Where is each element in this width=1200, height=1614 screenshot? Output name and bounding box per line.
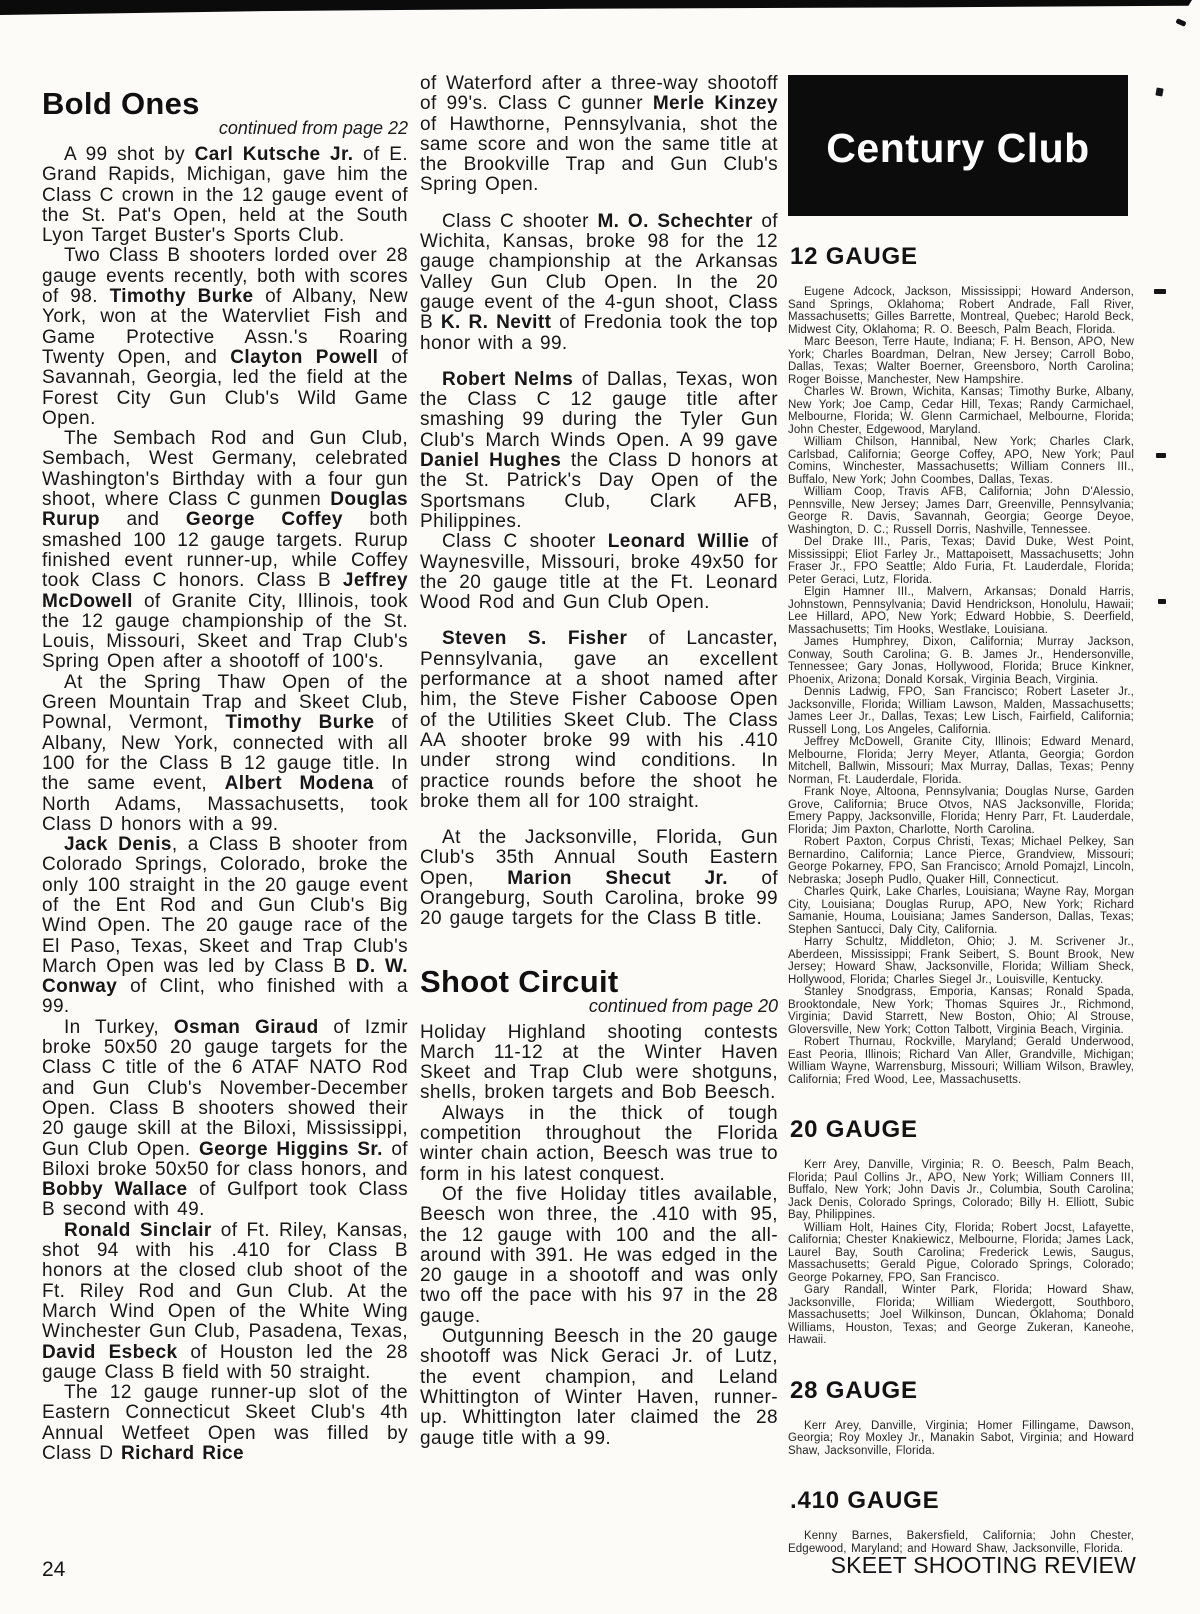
paragraph: The Sembach Rod and Gun Club, Sembach, W… bbox=[42, 429, 408, 673]
paragraph: Jeffrey McDowell, Granite City, Illinois… bbox=[788, 736, 1134, 786]
century-club-banner-title: Century Club bbox=[826, 119, 1089, 172]
paragraph: Harry Schultz, Middleton, Ohio; J. M. Sc… bbox=[788, 936, 1134, 986]
middle-column: of Waterford after a three-way shootoff … bbox=[420, 74, 778, 1449]
paragraph: Kerr Arey, Danville, Virginia; R. O. Bee… bbox=[788, 1159, 1134, 1222]
paragraph: Kerr Arey, Danville, Virginia; Homer Fil… bbox=[788, 1420, 1134, 1458]
journal-title: SKEET SHOOTING REVIEW bbox=[598, 1552, 1136, 1579]
century-club-banner: Century Club bbox=[788, 75, 1128, 216]
paragraph: Robert Thurnau, Rockville, Maryland; Ger… bbox=[788, 1036, 1134, 1086]
paragraph: Robert Nelms of Dallas, Texas, won the C… bbox=[420, 370, 778, 532]
paragraph: Ronald Sinclair of Ft. Riley, Kansas, sh… bbox=[42, 1221, 408, 1383]
paragraph: Class C shooter M. O. Schechter of Wichi… bbox=[420, 212, 778, 354]
gauge-section-heading: 20 GAUGE bbox=[790, 1116, 1134, 1144]
scan-artifact-top-bar bbox=[0, 0, 1192, 15]
paragraph: Robert Paxton, Corpus Christi, Texas; Mi… bbox=[788, 836, 1134, 886]
gauge-section-heading: .410 GAUGE bbox=[790, 1487, 1134, 1515]
paragraph: At the Jacksonville, Florida, Gun Club's… bbox=[420, 828, 778, 929]
scan-artifact-mark bbox=[1158, 599, 1166, 604]
paragraph: The 12 gauge runner-up slot of the Easte… bbox=[42, 1383, 408, 1464]
page-number: 24 bbox=[42, 1558, 65, 1582]
paragraph: Outgunning Beesch in the 20 gauge shooto… bbox=[420, 1327, 778, 1449]
paragraph: Two Class B shooters lorded over 28 gaug… bbox=[42, 246, 408, 429]
shoot-circuit-title: Shoot Circuit bbox=[420, 964, 778, 1000]
scan-artifact-mark bbox=[1154, 289, 1166, 294]
paragraph: of Waterford after a three-way shootoff … bbox=[420, 74, 778, 196]
paragraph: At the Spring Thaw Open of the Green Mou… bbox=[42, 673, 408, 835]
paragraph: Charles W. Brown, Wichita, Kansas; Timot… bbox=[788, 386, 1134, 436]
shoot-circuit-body: Holiday Highland shooting contests March… bbox=[420, 1023, 778, 1449]
paragraph: Jack Denis, a Class B shooter from Color… bbox=[42, 835, 408, 1018]
century-club-sections: 12 GAUGEEugene Adcock, Jackson, Mississi… bbox=[788, 243, 1134, 1555]
bold-ones-body-continued: of Waterford after a three-way shootoff … bbox=[420, 74, 778, 930]
gauge-section-heading: 12 GAUGE bbox=[790, 243, 1134, 271]
paragraph: Holiday Highland shooting contests March… bbox=[420, 1023, 778, 1104]
paragraph: In Turkey, Osman Giraud of Izmir broke 5… bbox=[42, 1018, 408, 1221]
paragraph: William Chilson, Hannibal, New York; Cha… bbox=[788, 436, 1134, 486]
bold-ones-article: Bold Ones continued from page 22 A 99 sh… bbox=[42, 86, 408, 1464]
paragraph: Marc Beeson, Terre Haute, Indiana; F. H.… bbox=[788, 336, 1134, 386]
paragraph: Frank Noye, Altoona, Pennsylvania; Dougl… bbox=[788, 786, 1134, 836]
paragraph: William Holt, Haines City, Florida; Robe… bbox=[788, 1222, 1134, 1285]
magazine-page: Bold Ones continued from page 22 A 99 sh… bbox=[0, 0, 1200, 1614]
paragraph: William Coop, Travis AFB, California; Jo… bbox=[788, 486, 1134, 536]
bold-ones-title: Bold Ones bbox=[42, 86, 408, 122]
scan-artifact-mark bbox=[1155, 87, 1163, 96]
gauge-section-heading: 28 GAUGE bbox=[790, 1377, 1134, 1405]
paragraph: Steven S. Fisher of Lancaster, Pennsylva… bbox=[420, 629, 778, 812]
paragraph: Dennis Ladwig, FPO, San Francisco; Rober… bbox=[788, 686, 1134, 736]
paragraph: James Humphrey, Dixon, California; Murra… bbox=[788, 636, 1134, 686]
paragraph: Del Drake III., Paris, Texas; David Duke… bbox=[788, 536, 1134, 586]
paragraph: Gary Randall, Winter Park, Florida; Howa… bbox=[788, 1284, 1134, 1347]
scan-artifact-mark bbox=[1156, 453, 1166, 458]
paragraph: Elgin Hamner III., Malvern, Arkansas; Do… bbox=[788, 586, 1134, 636]
paragraph: Class C shooter Leonard Willie of Waynes… bbox=[420, 532, 778, 613]
paragraph: A 99 shot by Carl Kutsche Jr. of E. Gran… bbox=[42, 145, 408, 246]
century-club-column: Century Club 12 GAUGEEugene Adcock, Jack… bbox=[788, 75, 1134, 1555]
scan-artifact-mark bbox=[1175, 18, 1186, 27]
paragraph: Always in the thick of tough competition… bbox=[420, 1104, 778, 1185]
paragraph: Stanley Snodgrass, Emporia, Kansas; Rona… bbox=[788, 986, 1134, 1036]
paragraph: Of the five Holiday titles available, Be… bbox=[420, 1185, 778, 1327]
paragraph: Charles Quirk, Lake Charles, Louisiana; … bbox=[788, 886, 1134, 936]
bold-ones-body: A 99 shot by Carl Kutsche Jr. of E. Gran… bbox=[42, 145, 408, 1464]
paragraph: Eugene Adcock, Jackson, Mississippi; How… bbox=[788, 286, 1134, 336]
